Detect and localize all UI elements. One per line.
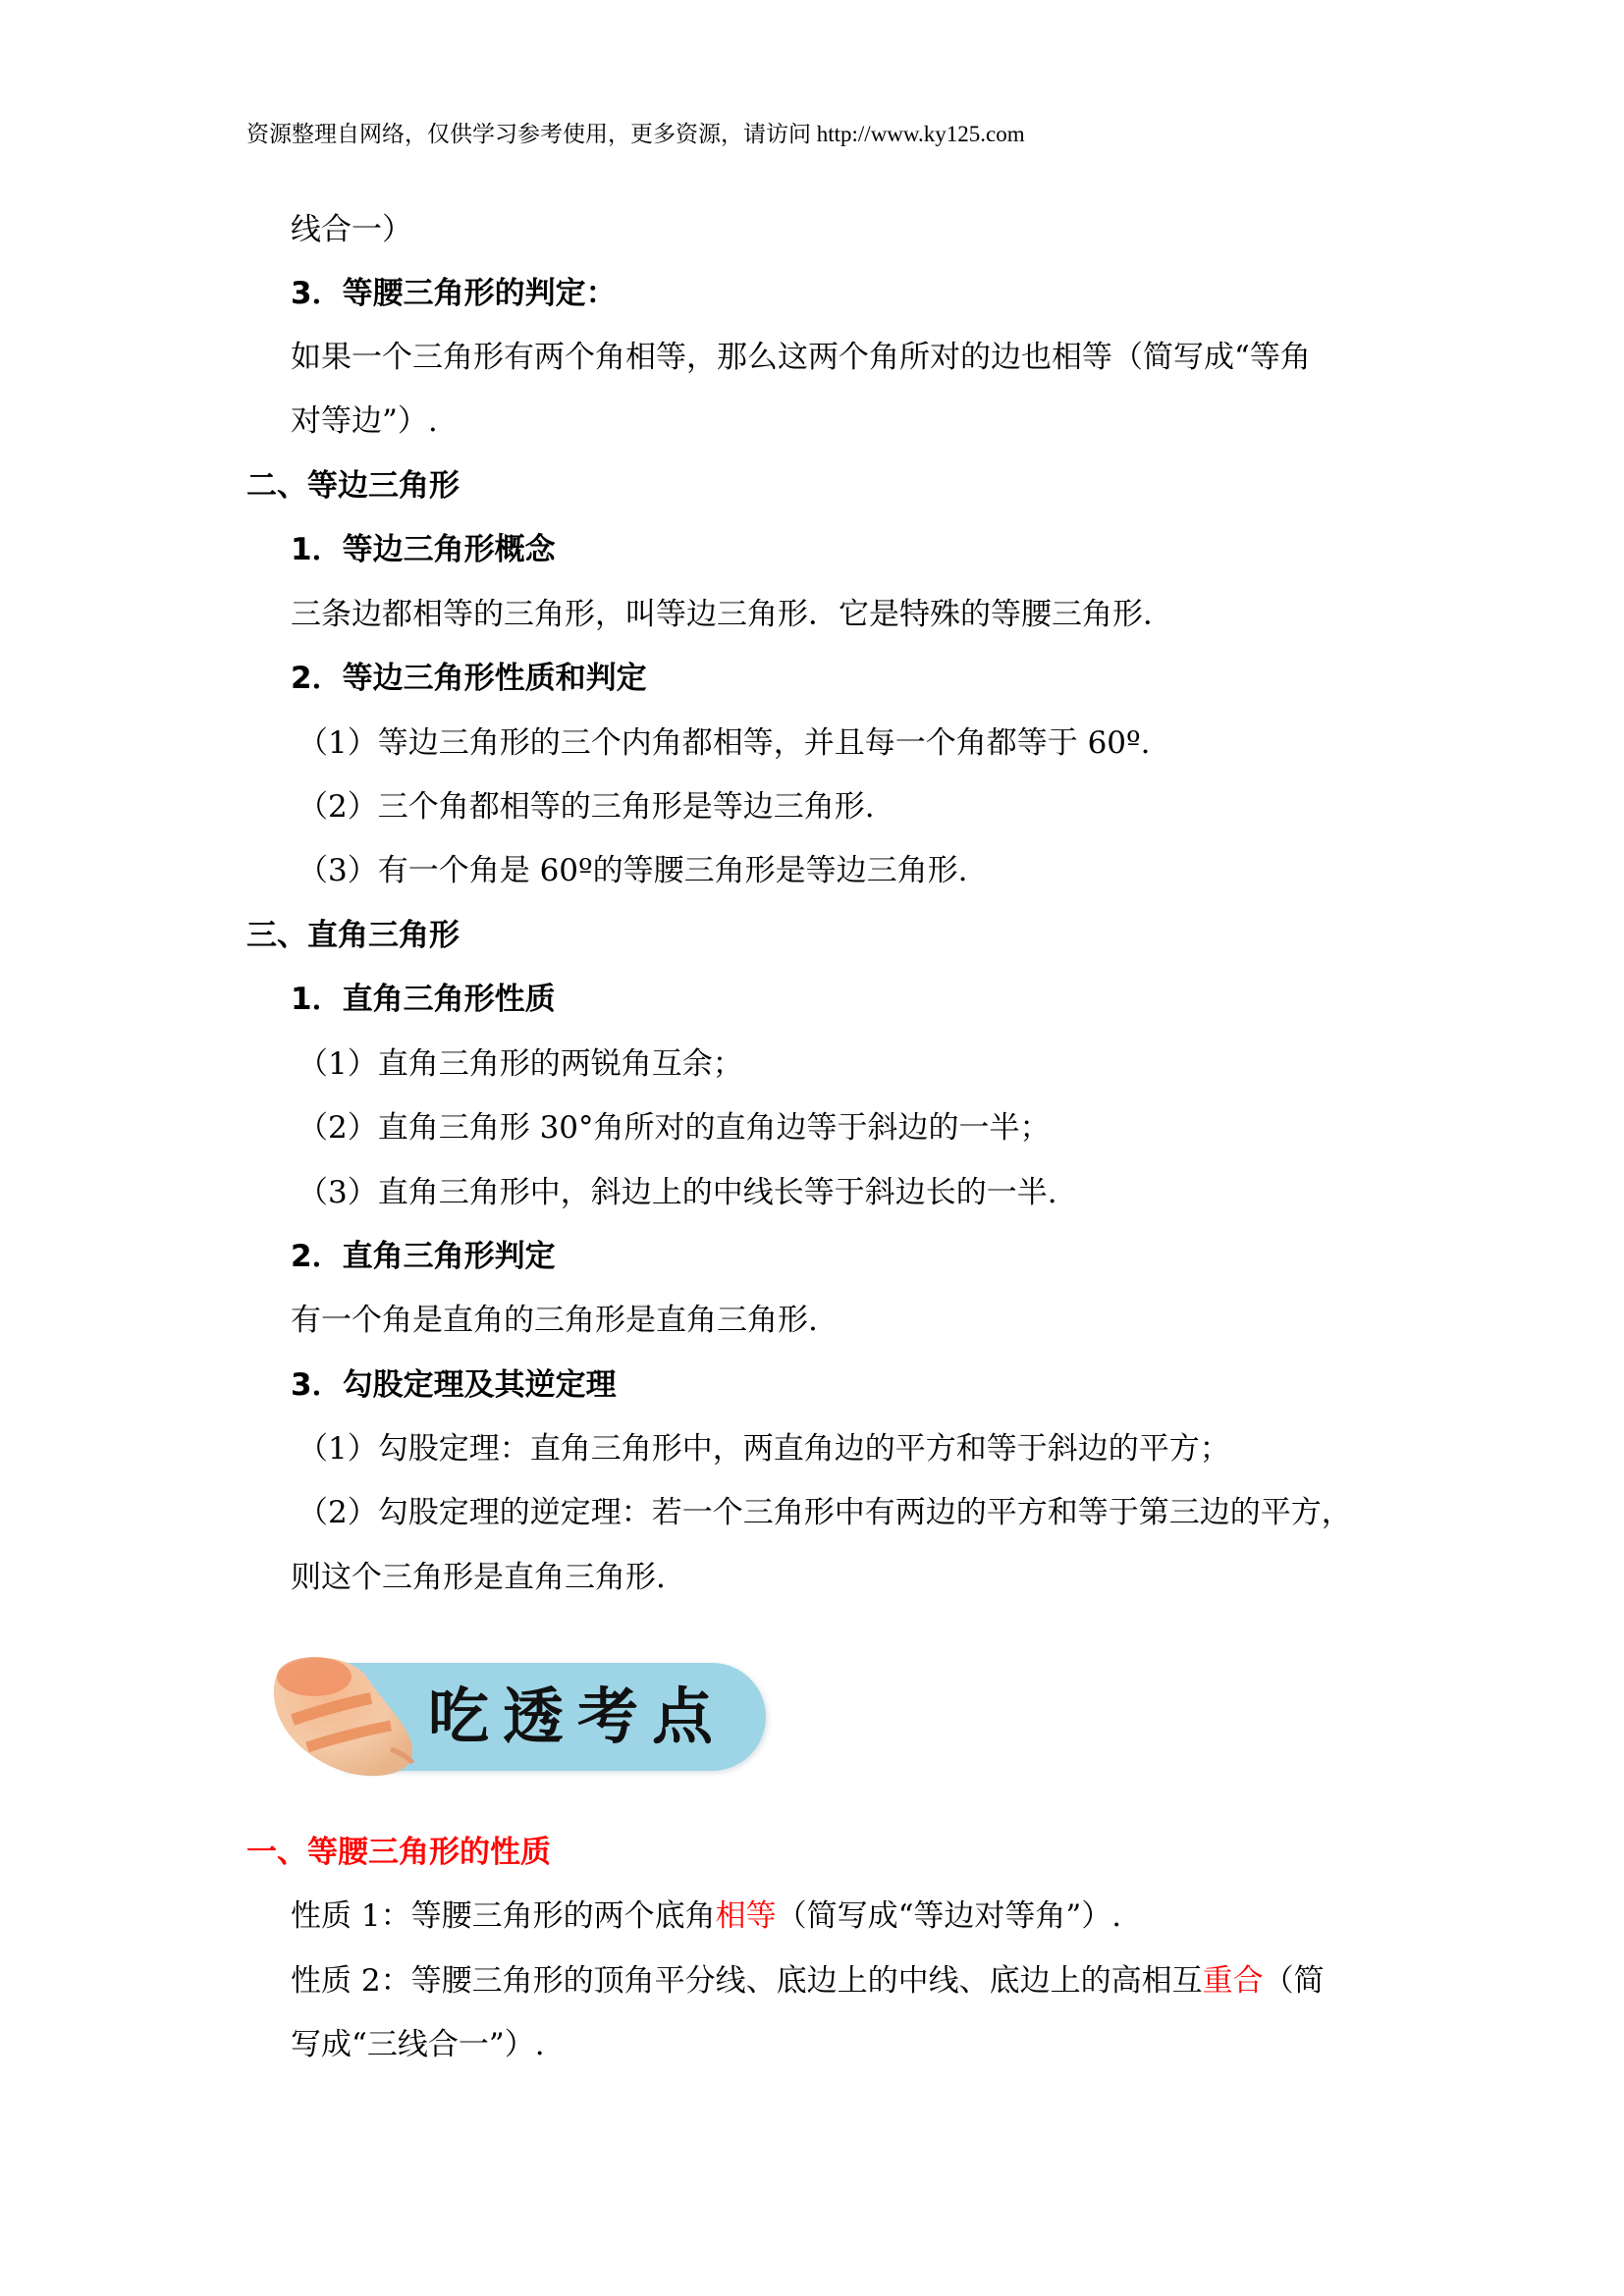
subheading: 2．等边三角形性质和判定 — [291, 659, 647, 698]
highlight-text: 重合 — [1203, 1963, 1264, 1999]
list-item: （3）有一个角是 60º的等腰三角形是等边三角形. — [298, 851, 967, 890]
subheading: 3．勾股定理及其逆定理 — [291, 1365, 617, 1405]
list-item: （2）三个角都相等的三角形是等边三角形. — [298, 787, 875, 827]
list-item: 则这个三角形是直角三角形. — [291, 1558, 666, 1597]
list-item: （2）直角三角形 30°角所对的直角边等于斜边的一半； — [298, 1108, 1051, 1148]
highlight-text: 相等 — [716, 1898, 777, 1934]
subheading: 1．直角三角形性质 — [291, 980, 556, 1019]
list-item: （2）勾股定理的逆定理：若一个三角形中有两边的平方和等于第三边的平方， — [298, 1493, 1352, 1532]
banner-title: 吃透考点 — [428, 1681, 727, 1753]
list-item: （1）等边三角形的三个内角都相等，并且每一个角都等于 60º. — [298, 723, 1150, 763]
text: 性质 1：等腰三角形的两个底角 — [291, 1898, 716, 1934]
text: 性质 2：等腰三角形的顶角平分线、底边上的中线、底边上的高相互 — [291, 1963, 1203, 1999]
subheading: 2．直角三角形判定 — [291, 1237, 556, 1276]
subheading: 1．等边三角形概念 — [291, 530, 556, 569]
text: （简 — [1264, 1963, 1325, 1999]
seashell-icon — [253, 1641, 420, 1789]
keypoint-heading: 一、等腰三角形的性质 — [246, 1833, 551, 1872]
list-item: （1）直角三角形的两锐角互余； — [298, 1044, 743, 1084]
paragraph-line: 如果一个三角形有两个角相等，那么这两个角所对的边也相等（简写成“等角 — [291, 338, 1311, 377]
keypoint-property-2: 性质 2：等腰三角形的顶角平分线、底边上的中线、底边上的高相互重合（简 — [291, 1961, 1325, 2001]
section-heading: 三、直角三角形 — [246, 916, 460, 955]
paragraph-line: 三条边都相等的三角形，叫等边三角形．它是特殊的等腰三角形． — [291, 595, 1173, 634]
page-header-watermark: 资源整理自网络，仅供学习参考使用，更多资源，请访问 http://www.ky1… — [246, 120, 1025, 149]
paragraph-line: 对等边”）. — [291, 401, 438, 441]
keypoint-property-1: 性质 1：等腰三角形的两个底角相等（简写成“等边对等角”）. — [291, 1896, 1121, 1936]
text: （简写成“等边对等角”）. — [777, 1898, 1122, 1934]
subheading: 3．等腰三角形的判定： — [291, 274, 617, 313]
list-item: （3）直角三角形中，斜边上的中线长等于斜边长的一半. — [298, 1173, 1057, 1212]
section-banner: 吃透考点 — [253, 1641, 774, 1789]
section-heading: 二、等边三角形 — [246, 466, 460, 506]
paragraph-line: 有一个角是直角的三角形是直角三角形. — [291, 1301, 818, 1340]
paragraph-line: 写成“三线合一”）. — [291, 2025, 545, 2064]
list-item: （1）勾股定理：直角三角形中，两直角边的平方和等于斜边的平方； — [298, 1429, 1230, 1468]
paragraph-line: 线合一） — [291, 210, 412, 249]
